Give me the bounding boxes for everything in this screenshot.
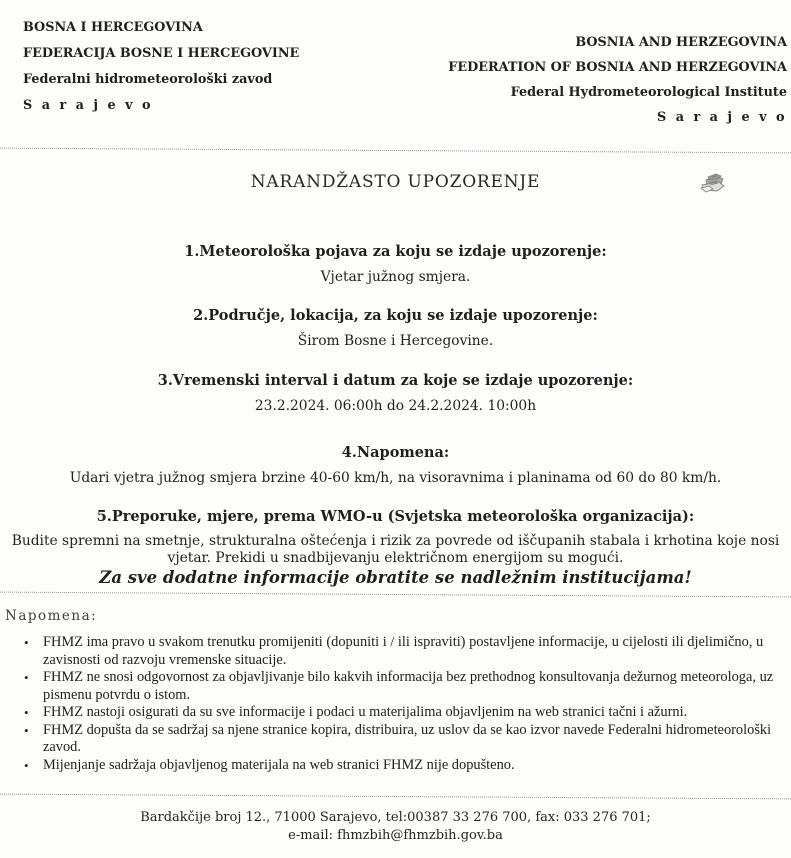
separator-line-bottom xyxy=(0,794,791,800)
section-recommendations: 5.Preporuke, mjere, prema WMO-u (Svjetsk… xyxy=(0,507,791,566)
section-body: Budite spremni na smetnje, strukturalna … xyxy=(0,533,791,566)
city-name-bs: S a r a j e v o xyxy=(23,93,299,119)
footer-address-phone: Bardakčije broj 12., 71000 Sarajevo, tel… xyxy=(0,809,791,827)
separator-line-middle xyxy=(0,592,791,598)
list-item: FHMZ ne snosi odgovornost za objavljivan… xyxy=(18,669,777,704)
section-heading: 3.Vremenski interval i datum za koje se … xyxy=(0,371,791,390)
contact-authorities-note: Za sve dodatne informacije obratite se n… xyxy=(0,567,791,588)
list-item: FHMZ nastoji osigurati da su sve informa… xyxy=(18,704,777,722)
warning-sections: 1.Meteorološka pojava za koju se izdaje … xyxy=(0,242,791,566)
document-header: BOSNA I HERCEGOVINA FEDERACIJA BOSNE I H… xyxy=(0,0,791,130)
section-body: Širom Bosne i Hercegovine. xyxy=(0,333,791,350)
section-body: Vjetar južnog smjera. xyxy=(0,269,791,286)
city-name-en: S a r a j e v o xyxy=(448,105,787,130)
section-heading: 1.Meteorološka pojava za koju se izdaje … xyxy=(0,242,791,261)
federation-name-en: FEDERATION OF BOSNIA AND HERZEGOVINA xyxy=(448,55,787,80)
section-heading: 2.Područje, lokacija, za koju se izdaje … xyxy=(0,306,791,325)
section-heading: 4.Napomena: xyxy=(0,443,791,462)
page-title: NARANDŽASTO UPOZORENJE xyxy=(251,172,541,192)
section-body: Udari vjetra južnog smjera brzine 40-60 … xyxy=(0,470,791,487)
section-body: 23.2.2024. 06:00h do 24.2.2024. 10:00h xyxy=(0,398,791,415)
country-name-en: BOSNIA AND HERZEGOVINA xyxy=(448,30,787,55)
section-heading: 5.Preporuke, mjere, prema WMO-u (Svjetsk… xyxy=(0,507,791,526)
institute-name-en: Federal Hydrometeorological Institute xyxy=(448,80,787,105)
list-item: FHMZ ima pravo u svakom trenutku promije… xyxy=(18,634,777,669)
list-item: Mijenjanje sadržaja objavljenog materija… xyxy=(18,757,777,775)
federation-name-bs: FEDERACIJA BOSNE I HERCEGOVINE xyxy=(23,41,299,67)
disclaimer-list: FHMZ ima pravo u svakom trenutku promije… xyxy=(18,634,777,774)
printer-clipart-icon xyxy=(697,171,729,199)
section-time-interval: 3.Vremenski interval i datum za koje se … xyxy=(0,371,791,415)
section-remark: 4.Napomena: Udari vjetra južnog smjera b… xyxy=(0,443,791,487)
separator-line-top xyxy=(0,148,791,154)
scanned-document-page: BOSNA I HERCEGOVINA FEDERACIJA BOSNE I H… xyxy=(0,0,791,858)
title-row: NARANDŽASTO UPOZORENJE xyxy=(0,172,791,198)
country-name-bs: BOSNA I HERCEGOVINA xyxy=(23,15,299,41)
institute-name-bs: Federalni hidrometeorološki zavod xyxy=(23,67,299,93)
letterhead-english: BOSNIA AND HERZEGOVINA FEDERATION OF BOS… xyxy=(448,30,787,130)
disclaimer-label: Napomena: xyxy=(5,608,791,624)
letterhead-bosnian: BOSNA I HERCEGOVINA FEDERACIJA BOSNE I H… xyxy=(23,15,299,130)
footer-email: e-mail: fhmzbih@fhmzbih.gov.ba xyxy=(0,827,791,845)
section-area: 2.Područje, lokacija, za koju se izdaje … xyxy=(0,306,791,350)
list-item: FHMZ dopušta da se sadržaj sa njene stra… xyxy=(18,722,777,757)
section-phenomenon: 1.Meteorološka pojava za koju se izdaje … xyxy=(0,242,791,286)
footer-contact: Bardakčije broj 12., 71000 Sarajevo, tel… xyxy=(0,809,791,845)
